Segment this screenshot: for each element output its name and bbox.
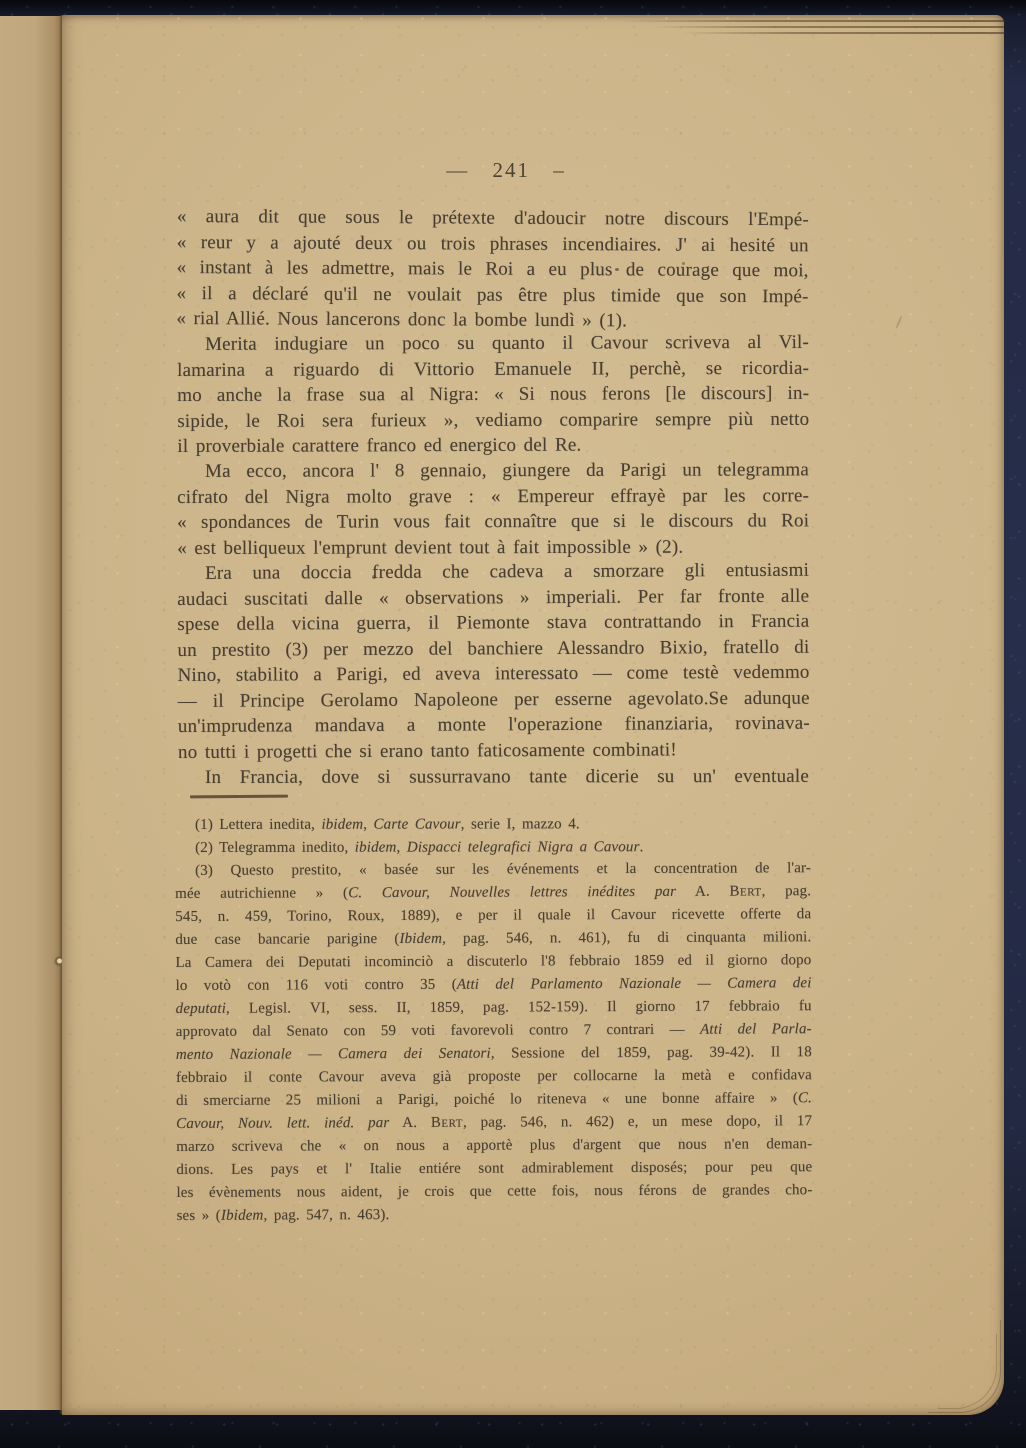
text-segment: di smerciarne 25 milioni a Parigi, poich… bbox=[176, 1090, 798, 1109]
text-segment: La Camera dei Deputati incominciò a disc… bbox=[175, 952, 811, 971]
text-line: audaci suscitati dalle « observations » … bbox=[177, 583, 809, 612]
text-segment: , pag. bbox=[762, 883, 812, 899]
text-segment: (1) Lettera inedita, bbox=[195, 817, 321, 833]
text-segment: approvato dal Senato con 59 voti favorev… bbox=[176, 1022, 700, 1040]
text-line: deputati, Legisl. VI, sess. II, 1859, pa… bbox=[176, 995, 812, 1021]
text-line: La Camera dei Deputati incominciò a disc… bbox=[175, 949, 811, 975]
text-line: « spondances de Turin vous fait connaîtr… bbox=[177, 508, 809, 535]
text-segment: deputati bbox=[176, 1001, 226, 1017]
text-line: — il Principe Gerolamo Napoleone per ess… bbox=[178, 685, 810, 714]
text-segment: lo votò con 116 voti contro 35 ( bbox=[176, 977, 457, 994]
paragraph: Ma ecco, ancora l' 8 gennaio, giungere d… bbox=[177, 457, 809, 561]
text-segment: Bert bbox=[431, 1115, 463, 1131]
text-segment: , bbox=[397, 840, 407, 856]
text-segment: , pag. 546, n. 461), fu di cinquanta mil… bbox=[442, 929, 811, 947]
text-segment: Dispacci telegrafici Nigra a Cavour bbox=[407, 839, 640, 855]
text-line: Nino, stabilito a Parigi, ed aveva inter… bbox=[178, 660, 810, 689]
text-line: 545, n. 459, Torino, Roux, 1889), e per … bbox=[175, 903, 811, 929]
text-segment: , Legisl. VI, sess. II, 1859, pag. 152-1… bbox=[226, 998, 812, 1017]
text-line: approvato dal Senato con 59 voti favorev… bbox=[176, 1018, 812, 1044]
text-line: mée autrichienne » (C. Cavour, Nouvelles… bbox=[175, 880, 811, 906]
text-line: « est belliqueux l'emprunt devient tout … bbox=[177, 534, 809, 561]
page-number: — 241 – bbox=[175, 158, 815, 183]
text-line: lamarina a riguardo di Vittorio Emanuele… bbox=[177, 355, 809, 383]
text-line: (2) Telegramma inedito, ibidem, Dispacci… bbox=[175, 836, 811, 860]
text-line: dions. Les pays et l' Italie entiére son… bbox=[176, 1156, 812, 1182]
text-line: di smerciarne 25 milioni a Parigi, poich… bbox=[176, 1087, 812, 1113]
footnote-separator-rule bbox=[190, 795, 288, 798]
text-line: (1) Lettera inedita, ibidem, Carte Cavou… bbox=[175, 813, 811, 837]
text-line: marzo scriveva che « on nous a apportè p… bbox=[176, 1133, 812, 1159]
text-line: In Francia, dove si sussurravano tante d… bbox=[177, 764, 809, 791]
text-line: Cavour, Nouv. lett. inéd. par A. Bert, p… bbox=[176, 1110, 812, 1136]
text-segment: , pag. 546, n. 462) e, un mese dopo, il … bbox=[463, 1113, 812, 1131]
text-segment: mento Nazionale — Camera dei Senatori bbox=[176, 1046, 491, 1063]
text-segment: due case bancarie parigine ( bbox=[175, 931, 399, 948]
text-line: un'imprudenza mandava a monte l'operazio… bbox=[178, 711, 810, 740]
footnotes: (1) Lettera inedita, ibidem, Carte Cavou… bbox=[175, 814, 811, 1228]
text-line: Ma ecco, ancora l' 8 gennaio, giungere d… bbox=[177, 457, 809, 484]
text-segment: febbraio il conte Cavour aveva già propo… bbox=[176, 1067, 812, 1086]
text-line: mento Nazionale — Camera dei Senatori, S… bbox=[176, 1041, 812, 1067]
text-line: lo votò con 116 voti contro 35 (Atti del… bbox=[176, 972, 812, 998]
text-segment: A. bbox=[389, 1115, 431, 1131]
paragraph: (3) Questo prestito, « basée sur les évé… bbox=[175, 857, 813, 1228]
text-line: les évènements nous aident, je crois que… bbox=[176, 1179, 812, 1205]
text-line: Merita indugiare un poco su quanto il Ca… bbox=[177, 329, 809, 357]
text-segment: marzo scriveva che « on nous a apportè p… bbox=[176, 1136, 812, 1155]
text-segment: C. Cavour, Nouvelles lettres inédites pa… bbox=[348, 884, 676, 901]
paper-fiber bbox=[895, 315, 903, 329]
body-text: « aura dit que sous le prétexte d'adouci… bbox=[177, 204, 809, 791]
text-line: due case bancarie parigine (Ibidem, pag.… bbox=[175, 926, 811, 952]
text-segment: Ibidem bbox=[221, 1208, 264, 1224]
paragraph: In Francia, dove si sussurravano tante d… bbox=[177, 764, 809, 791]
text-segment: Ibidem bbox=[399, 931, 442, 947]
text-line: « instant à les admettre, mais le Roi a … bbox=[177, 255, 809, 284]
paragraph: (1) Lettera inedita, ibidem, Carte Cavou… bbox=[175, 813, 811, 860]
text-line: cifrato del Nigra molto grave : « Empere… bbox=[177, 483, 809, 510]
text-segment: mée autrichienne » ( bbox=[175, 885, 348, 902]
paragraph: Era una doccia fredda che cadeva a smorz… bbox=[177, 558, 810, 765]
paragraph: Merita indugiare un poco su quanto il Ca… bbox=[177, 329, 809, 459]
text-line: mo anche la frase sua al Nigra: « Si nou… bbox=[177, 380, 809, 408]
text-line: il proverbiale carattere franco ed energ… bbox=[177, 431, 809, 459]
text-line: « il a déclaré qu'il ne voulait pas être… bbox=[176, 280, 808, 309]
text-segment: , serie I, mazzo 4. bbox=[461, 816, 580, 832]
paragraph: « aura dit que sous le prétexte d'adouci… bbox=[176, 204, 809, 335]
text-line: Era una doccia fredda che cadeva a smorz… bbox=[177, 558, 809, 587]
text-segment: ibidem bbox=[321, 817, 363, 833]
book-page: — 241 – « aura dit que sous le prétexte … bbox=[62, 15, 1004, 1415]
text-segment: Atti del Parlamento Nazionale — Camera d… bbox=[457, 975, 812, 993]
text-segment: , Sessione del 1859, pag. 39-42). Il 18 bbox=[491, 1044, 812, 1061]
text-segment: dions. Les pays et l' Italie entiére son… bbox=[176, 1159, 812, 1178]
text-line: febbraio il conte Cavour aveva già propo… bbox=[176, 1064, 812, 1090]
text-segment: (2) Telegramma inedito, bbox=[195, 840, 355, 856]
text-segment: A. bbox=[676, 884, 729, 900]
text-segment: (3) Questo prestito, « basée sur les évé… bbox=[195, 860, 811, 879]
text-segment: C. bbox=[798, 1090, 812, 1106]
text-segment: , bbox=[363, 817, 373, 833]
text-line: spese della vicina guerra, il Piemonte s… bbox=[177, 609, 809, 638]
text-segment: . bbox=[640, 839, 644, 855]
photo-background: — 241 – « aura dit que sous le prétexte … bbox=[0, 0, 1026, 1448]
text-line: « reur y a ajouté deux ou trois phrases … bbox=[177, 229, 809, 258]
text-segment: Cavour, Nouv. lett. inéd. par bbox=[176, 1115, 389, 1132]
text-line: un prestito (3) per mezzo del banchiere … bbox=[177, 634, 809, 663]
text-segment: Bert bbox=[729, 883, 761, 899]
text-segment: ses » ( bbox=[177, 1208, 221, 1224]
text-line: (3) Questo prestito, « basée sur les évé… bbox=[175, 857, 811, 883]
text-segment: Atti del Parla- bbox=[700, 1021, 812, 1037]
text-line: sipide, le Roi sera furieux », vediamo c… bbox=[177, 406, 809, 434]
text-segment: 545, n. 459, Torino, Roux, 1889), e per … bbox=[175, 906, 811, 925]
text-line: ses » (Ibidem, pag. 547, n. 463). bbox=[177, 1202, 813, 1228]
text-segment: , pag. 547, n. 463). bbox=[263, 1207, 389, 1224]
text-segment: ibidem bbox=[355, 840, 397, 856]
text-segment: Carte Cavour bbox=[373, 817, 460, 833]
adjacent-page-edge bbox=[0, 16, 62, 1410]
text-segment: les évènements nous aident, je crois que… bbox=[176, 1182, 812, 1201]
text-line: no tutti i progetti che si erano tanto f… bbox=[178, 736, 810, 765]
text-line: « aura dit que sous le prétexte d'adouci… bbox=[177, 204, 809, 233]
page-content: — 241 – « aura dit que sous le prétexte … bbox=[175, 15, 815, 1415]
